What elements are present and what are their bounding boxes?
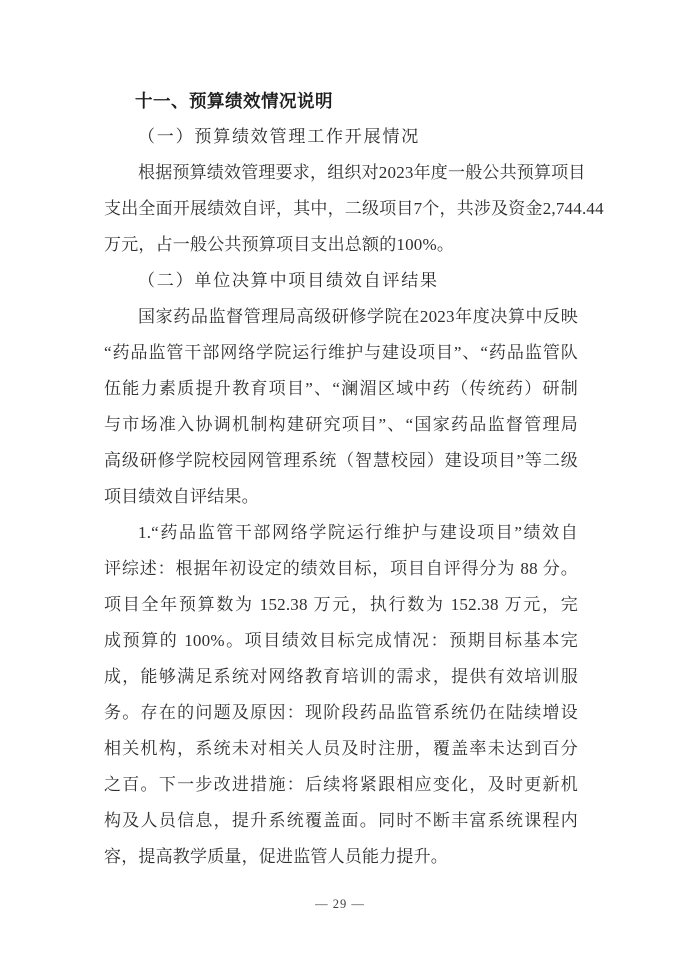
subsection-2-heading: （二）单位决算中项目绩效自评结果 [104,263,578,299]
subsection-1-heading: （一）预算绩效管理工作开展情况 [104,119,578,155]
document-page: 十一、预算绩效情况说明 （一）预算绩效管理工作开展情况 根据预算绩效管理要求，组… [0,0,680,962]
paragraph-line: 与市场准入协调机制构建研究项目”、“国家药品监督管理局 [104,407,578,443]
paragraph-line: 务。存在的问题及原因：现阶段药品监管系统仍在陆续增设 [104,695,578,731]
paragraph-line: 之百。下一步改进措施：后续将紧跟相应变化，及时更新机 [104,767,578,803]
paragraph-line: 支出全面开展绩效自评，其中，二级项目7个，共涉及资金2,744.44 [104,191,578,227]
paragraph-line: 评综述：根据年初设定的绩效目标，项目自评得分为 88 分。 [104,551,578,587]
paragraph-line: 容，提高教学质量，促进监管人员能力提升。 [104,839,578,875]
paragraph-line: 国家药品监督管理局高级研修学院在2023年度决算中反映 [104,299,578,335]
paragraph-line: 根据预算绩效管理要求，组织对2023年度一般公共预算项目 [104,155,578,191]
paragraph-line: 构及人员信息，提升系统覆盖面。同时不断丰富系统课程内 [104,803,578,839]
section-title: 十一、预算绩效情况说明 [104,83,578,119]
paragraph-line: 1.“药品监管干部网络学院运行维护与建设项目”绩效自 [104,515,578,551]
paragraph-line: 相关机构，系统未对相关人员及时注册，覆盖率未达到百分 [104,731,578,767]
paragraph-line: “药品监管干部网络学院运行维护与建设项目”、“药品监管队 [104,335,578,371]
paragraph-line: 成，能够满足系统对网络教育培训的需求，提供有效培训服 [104,659,578,695]
paragraph-line: 项目绩效自评结果。 [104,479,578,515]
document-content: 十一、预算绩效情况说明 （一）预算绩效管理工作开展情况 根据预算绩效管理要求，组… [104,83,578,875]
paragraph-line: 项目全年预算数为 152.38 万元，执行数为 152.38 万元，完 [104,587,578,623]
page-number: — 29 — [0,897,680,912]
paragraph-line: 万元，占一般公共预算项目支出总额的100%。 [104,227,578,263]
paragraph-line: 伍能力素质提升教育项目”、“澜湄区域中药（传统药）研制 [104,371,578,407]
paragraph-line: 高级研修学院校园网管理系统（智慧校园）建设项目”等二级 [104,443,578,479]
paragraph-line: 成预算的 100%。项目绩效目标完成情况：预期目标基本完 [104,623,578,659]
